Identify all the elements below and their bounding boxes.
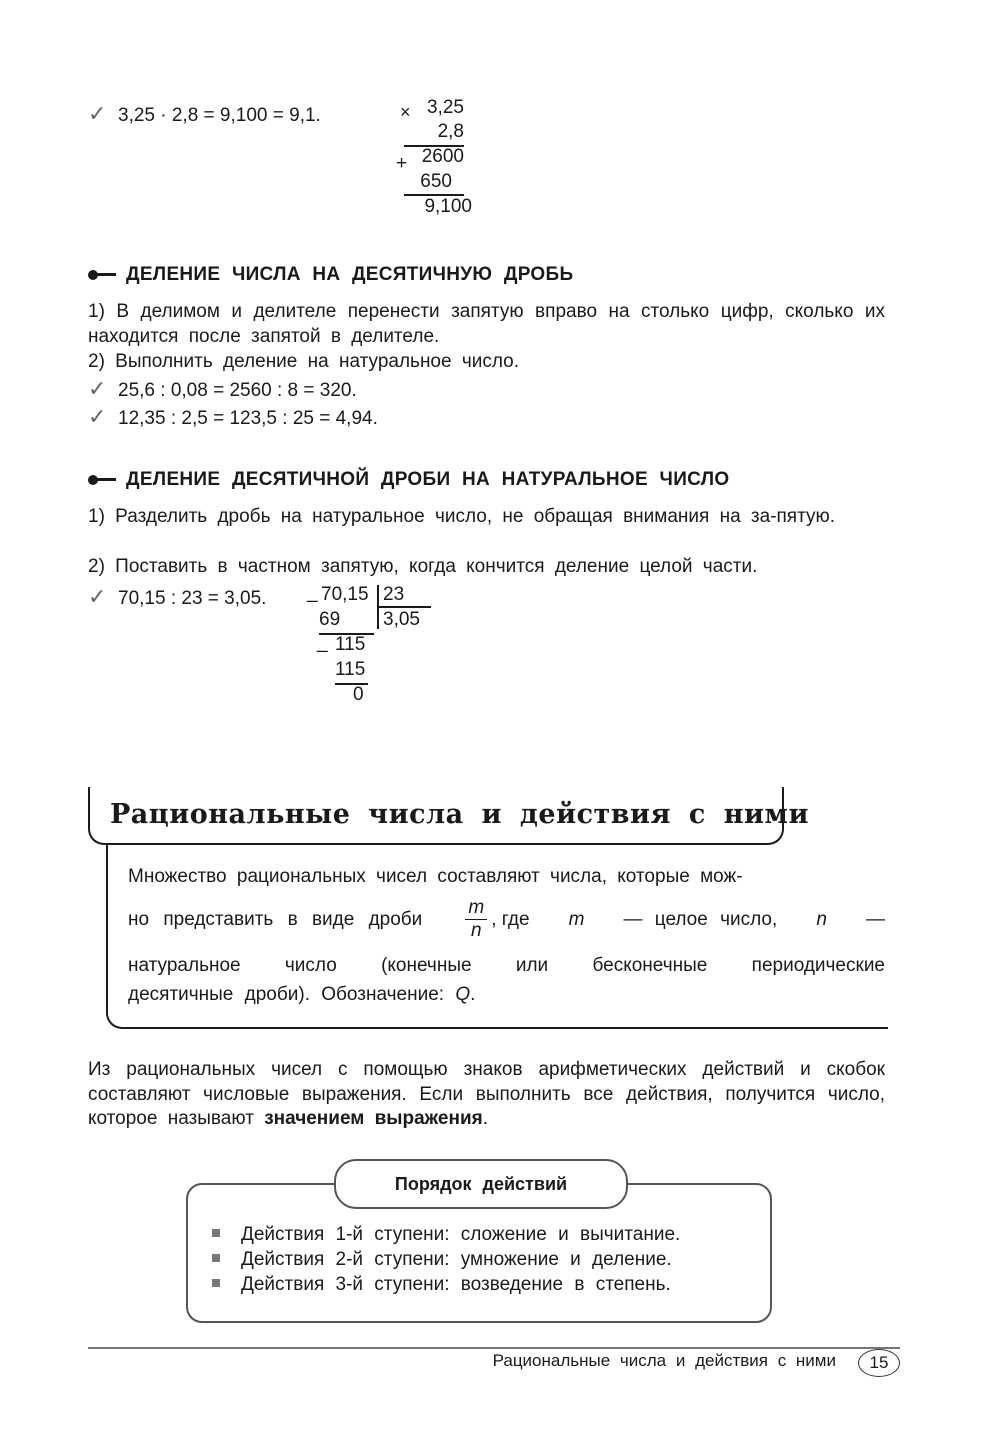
variable-m: m — [569, 908, 585, 932]
definition-line-1: Множество рациональных чисел составляют … — [128, 865, 885, 890]
bullet-dash-icon — [96, 273, 116, 276]
square-bullet-icon — [212, 1279, 220, 1287]
rule-2: 2) Поставить в частном запятую, когда ко… — [88, 555, 757, 579]
square-bullet-icon — [212, 1229, 220, 1237]
rational-title-frame: Рациональные числа и действия с ними — [88, 787, 784, 845]
rational-definition-frame: Множество рациональных чисел составляют … — [106, 845, 888, 1029]
divisor: 23 — [383, 583, 404, 608]
list-item: Действия 3-й ступени: возведение в степе… — [212, 1272, 680, 1297]
page-number: 15 — [858, 1349, 900, 1377]
section-heading-decimal-by-natural: ДЕЛЕНИЕ ДЕСЯТИЧНОЙ ДРОБИ НА НАТУРАЛЬНОЕ … — [88, 469, 729, 491]
partial-product-1: 2600 — [422, 145, 464, 170]
checkmark-icon: ✓ — [88, 377, 118, 401]
example-1: ✓25,6 : 0,08 = 2560 : 8 = 320. — [88, 377, 357, 403]
example-division: ✓70,15 : 23 = 3,05. — [88, 585, 266, 611]
minus-sign: _ — [307, 581, 318, 606]
checkmark-icon: ✓ — [88, 405, 118, 429]
partial-product-2: 650 — [420, 170, 452, 195]
list-item: Действия 1-й ступени: сложение и вычитан… — [212, 1222, 680, 1247]
section-heading-divide-by-decimal: ДЕЛЕНИЕ ЧИСЛА НА ДЕСЯТИЧНУЮ ДРОБЬ — [88, 264, 573, 286]
minus-sign: _ — [317, 631, 328, 656]
footer-divider — [88, 1347, 900, 1349]
example-expression: 3,25 · 2,8 = 9,100 = 9,1. — [118, 105, 321, 126]
step-subtrahend-2: 115 — [335, 658, 365, 683]
dividend: 70,15 — [321, 583, 369, 608]
bullet-dash-icon — [96, 478, 116, 481]
rule-1: 1) В делимом и делителе перенести запяту… — [88, 300, 885, 349]
order-title: Порядок действий — [395, 1174, 567, 1194]
definition-line-3: натуральное число (конечные или бесконеч… — [128, 954, 885, 979]
order-of-operations-tab: Порядок действий — [334, 1159, 628, 1209]
fraction-m-over-n: mn — [465, 897, 487, 942]
long-division: _ 70,15 23 3,05 69 _ 115 115 0 — [305, 583, 445, 713]
operand-1: 3,25 — [427, 96, 464, 121]
definition-line-2: но представить в виде дроби mn, где m — … — [128, 897, 885, 942]
variable-n: n — [816, 908, 827, 932]
quotient: 3,05 — [383, 608, 420, 633]
rule-1: 1) Разделить дробь на натуральное число,… — [88, 505, 885, 530]
plus-sign: + — [396, 152, 407, 177]
column-multiplication: × 3,25 2,8 + 2600 650 9,100 — [390, 96, 480, 226]
expression-paragraph: Из рациональных чисел с помощью знаков а… — [88, 1058, 885, 1132]
operand-2: 2,8 — [438, 120, 464, 145]
list-item: Действия 2-й ступени: умножение и делени… — [212, 1247, 680, 1272]
running-title: Рациональные числа и действия с ними — [493, 1351, 836, 1371]
example-2: ✓12,35 : 2,5 = 123,5 : 25 = 4,94. — [88, 405, 378, 431]
order-list: Действия 1-й ступени: сложение и вычитан… — [212, 1222, 680, 1297]
checkmark-icon: ✓ — [88, 585, 118, 609]
checkmark-icon: ✓ — [88, 102, 118, 126]
definition-line-4: десятичные дроби). Обозначение: Q. — [128, 983, 475, 1007]
example-multiplication: ✓3,25 · 2,8 = 9,100 = 9,1. — [88, 102, 321, 128]
rational-title: Рациональные числа и действия с ними — [110, 799, 809, 830]
step-subtrahend-1: 69 — [319, 608, 340, 633]
bold-term: значением выражения — [264, 1108, 483, 1129]
square-bullet-icon — [212, 1254, 220, 1262]
final-remainder: 0 — [353, 683, 364, 708]
product-result: 9,100 — [424, 195, 472, 220]
multiply-sign: × — [400, 100, 411, 125]
rule-2: 2) Выполнить деление на натуральное числ… — [88, 350, 519, 374]
step-remainder-1: 115 — [335, 633, 365, 658]
set-symbol-q: Q — [455, 984, 470, 1005]
